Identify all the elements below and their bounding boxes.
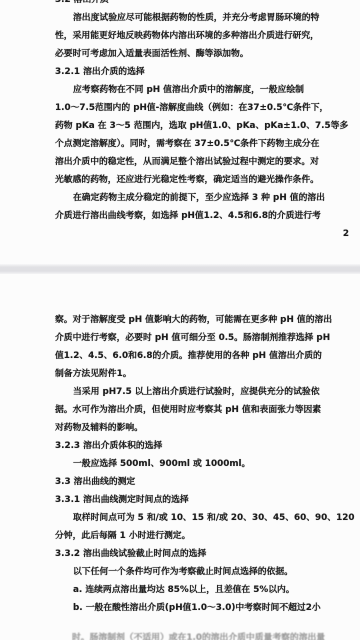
text-line: 在确定药物主成分稳定的前提下，至少应选择 3 种 pH 值的溶出 xyxy=(73,189,360,207)
text-line: 以下任何一个条件均可作为考察截止时间点选择的依据。 xyxy=(73,563,360,581)
text-line: 值1.2、4.5、6.0和6.8的介质。推荐使用的各种 pH 值溶出介质的 xyxy=(55,347,360,365)
document-page-top: 3.2 溶出介质溶出度试验应尽可能根据药物的性质，并充分考虑胃肠环境的特性，采用… xyxy=(0,0,360,264)
text-line: 3.2.3 溶出介质体积的选择 xyxy=(55,437,360,455)
page-separator xyxy=(0,264,360,274)
text-line: 1.0～7.5范围内的 pH值-溶解度曲线（例如：在37±0.5℃条件下， xyxy=(55,99,360,117)
text-line: 3.3.1 溶出曲线测定时间点的选择 xyxy=(55,491,360,509)
page-top-text-lines: 3.2 溶出介质溶出度试验应尽可能根据药物的性质，并充分考虑胃肠环境的特性，采用… xyxy=(0,0,360,225)
text-line: 3.2 溶出介质 xyxy=(55,0,360,9)
text-line: 制备方法见附件1。 xyxy=(55,365,360,383)
text-line: 应考察药物在不同 pH 值溶出介质中的溶解度，一般应绘制 xyxy=(73,81,360,99)
text-line: 取样时间点可为 5 和/或 10、15 和/或 20、30、45、60、90、1… xyxy=(73,509,360,527)
text-line: 分钟，此后每隔 1 小时进行测定。 xyxy=(55,527,360,545)
page-number: 2 xyxy=(0,225,360,243)
text-line: 溶出度试验应尽可能根据药物的性质，并充分考虑胃肠环境的特 xyxy=(73,9,360,27)
text-line: 必要时可考虑加入适量表面活性剂、酶等添加物。 xyxy=(55,45,360,63)
text-line: 介质中进行考察，必要时 pH 值可细分至 0.5。肠溶制剂推荐选择 pH xyxy=(55,329,360,347)
text-line: 一般应选择 500ml、900ml 或 1000ml。 xyxy=(73,455,360,473)
text-line: b. 一般在酸性溶出介质(pH值1.0～3.0)中考察时间不超过2小 xyxy=(73,599,360,617)
text-line: 3.3 溶出曲线的测定 xyxy=(55,473,360,491)
text-line: 介质进行溶出曲线考察，如选择 pH值1.2、4.5和6.8的介质进行考 xyxy=(55,207,360,225)
text-line: 个点测定溶解度）。同时，需考察在 37±0.5℃条件下药物主成分在 xyxy=(55,135,360,153)
text-line: 药物 pKa 在 3～5 范围内，选取 pH值1.0、pKa、pKa±1.0、7… xyxy=(55,117,360,135)
text-line: 当采用 pH7.5 以上溶出介质进行试验时，应提供充分的试验依 xyxy=(73,383,360,401)
text-line: 对药物及辅料的影响。 xyxy=(55,419,360,437)
text-line: 据。水可作为溶出介质，但使用时应考察其 pH 值和表面张力等因素 xyxy=(55,401,360,419)
text-line: 光敏感的药物，还应进行光稳定性考察，确定适当的避光操作条件。 xyxy=(55,171,360,189)
text-line: 3.2.1 溶出介质的选择 xyxy=(55,63,360,81)
text-line: 察。对于溶解度受 pH 值影响大的药物，可能需在更多种 pH 值的溶出 xyxy=(55,311,360,329)
text-line: a. 连续两点溶出量均达 85%以上，且差值在 5%以内。 xyxy=(73,581,360,599)
text-line: 性，采用能更好地反映药物体内溶出环境的多种溶出介质进行研究， xyxy=(55,27,360,45)
text-line: 时。肠溶制剂（不适用）或在1.0的溶出介质中质量考察的溶出量 xyxy=(72,629,360,640)
text-line: 3.3.2 溶出曲线试验截止时间点的选择 xyxy=(55,545,360,563)
page-bottom-text-lines: 察。对于溶解度受 pH 值影响大的药物，可能需在更多种 pH 值的溶出介质中进行… xyxy=(0,274,360,640)
text-line: 溶出介质中的稳定性，从而满足整个溶出试验过程中测定的要求。对 xyxy=(55,153,360,171)
scanned-document-view: 3.2 溶出介质溶出度试验应尽可能根据药物的性质，并充分考虑胃肠环境的特性，采用… xyxy=(0,0,360,640)
document-page-bottom: 察。对于溶解度受 pH 值影响大的药物，可能需在更多种 pH 值的溶出介质中进行… xyxy=(0,274,360,640)
